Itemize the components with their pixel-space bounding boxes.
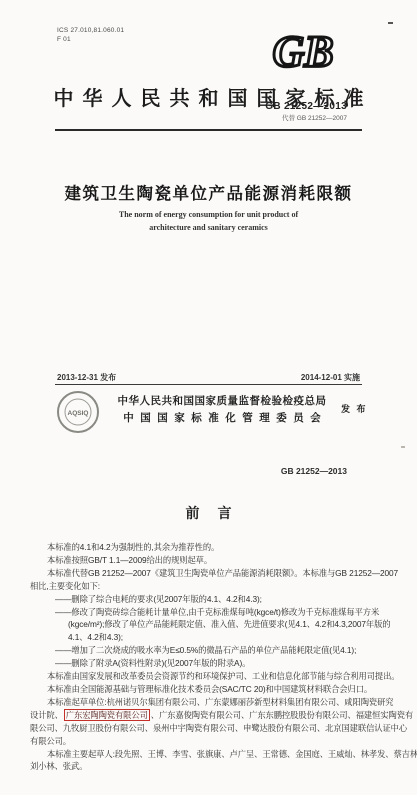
foreword-text-segment: 限公司、九牧厨卫股份有限公司、泉州中宇陶瓷有限公司、申鹭达股份有限公司、北京国建… <box>30 723 407 733</box>
foreword-line: (kgce/m²);修改了单位产品能耗限定值、准入值、先进值要求(见4.1、4.… <box>68 618 395 631</box>
foreword-line: ——删除了综合电耗的要求(见2007年版的4.1、4.2和4.3); <box>55 593 395 606</box>
foreword-line: 本标准由全国能源基础与管理标准化技术委员会(SAC/TC 20)和中国建筑材料联… <box>47 683 395 696</box>
issue-date: 2013-12-31 发布 <box>57 372 116 383</box>
implement-date: 2014-12-01 实施 <box>301 372 360 383</box>
foreword-line: 4.1、4.2和4.3); <box>68 631 395 644</box>
foreword-text-segment: 本标准按照GB/T 1.1—2009给出的规则起草。 <box>47 555 212 565</box>
foreword-line: ——增加了二次烧成的吸水率为E≤0.5%的微晶石产品的单位产品能耗限定值(见4.… <box>55 644 395 657</box>
foreword-text-segment: ——删除了附录A(资料性附录)(见2007年版的附录A)。 <box>55 658 250 668</box>
foreword-line: 本标准的4.1和4.2为强制性的,其余为推荐性的。 <box>47 541 395 554</box>
foreword-text-segment: 有限公司。 <box>30 736 71 746</box>
foreword-text-segment: 相比,主要变化如下: <box>30 581 100 591</box>
foreword-line: 设计院、广东宏陶陶瓷有限公司、广东嘉俊陶瓷有限公司、广东东鹏控股股份有限公司、福… <box>30 709 395 722</box>
issuer-line2: 中国国家标准化管理委员会 <box>106 410 338 425</box>
ics-line2: F 01 <box>57 36 124 45</box>
foreword-body: 本标准的4.1和4.2为强制性的,其余为推荐性的。本标准按照GB/T 1.1—2… <box>30 541 395 773</box>
dates-divider <box>55 384 362 385</box>
ics-line1: ICS 27.010,81.060.01 <box>57 27 124 36</box>
ics-codes: ICS 27.010,81.060.01 F 01 <box>57 27 124 44</box>
foreword-line: ——删除了附录A(资料性附录)(见2007年版的附录A)。 <box>55 657 395 670</box>
header-divider <box>55 129 362 131</box>
foreword-text-segment: 4.1、4.2和4.3); <box>68 632 123 642</box>
foreword-text-segment: ——增加了二次烧成的吸水率为E≤0.5%的微晶石产品的单位产品能耗限定值(见4.… <box>55 645 356 655</box>
foreword-text-segment: (kgce/m²);修改了单位产品能耗限定值、准入值、先进值要求(见4.1、4.… <box>68 619 390 629</box>
foreword-text-segment: ——修改了陶瓷砖综合能耗计量单位,由千克标准煤每吨(kgce/t)修改为千克标准… <box>55 607 379 617</box>
document-title-cn: 建筑卫生陶瓷单位产品能源消耗限额 <box>20 180 397 204</box>
standard-number: GB 21252—2013 <box>265 101 347 112</box>
foreword-text-segment: 设计院、 <box>30 710 63 720</box>
aqsiq-seal-icon: AQSIQ <box>56 390 100 434</box>
scan-artifact <box>388 22 393 24</box>
issuer-line1: 中华人民共和国国家质量监督检验检疫总局 <box>106 393 338 408</box>
foreword-text-segment: ——删除了综合电耗的要求(见2007年版的4.1、4.2和4.3); <box>55 594 262 604</box>
foreword-line: 相比,主要变化如下: <box>30 580 395 593</box>
scan-artifact <box>401 446 405 448</box>
foreword-line: 本标准主要起草人:段先照、王博、李雪、张旗康、卢广呈、王常德、金国庭、王威灿、林… <box>47 748 395 761</box>
seal-text: AQSIQ <box>68 410 89 417</box>
issuing-bodies: 中华人民共和国国家质量监督检验检疫总局 中国国家标准化管理委员会 <box>106 393 338 425</box>
foreword-line: 本标准代替GB 21252—2007《建筑卫生陶瓷单位产品能源消耗限额》。本标准… <box>47 567 395 580</box>
foreword-text-segment: 刘小林、张武。 <box>30 761 87 771</box>
highlighted-company-box: 广东宏陶陶瓷有限公司 <box>64 709 150 721</box>
foreword-line: 刘小林、张武。 <box>30 760 395 773</box>
page2-running-header: GB 21252—2013 <box>281 466 347 476</box>
foreword-heading: 前言 <box>0 503 417 523</box>
publish-label: 发 布 <box>341 402 368 415</box>
document-title-en-line1: The norm of energy consumption for unit … <box>30 208 387 221</box>
foreword-line: 本标准由国家发展和改革委员会资源节约和环境保护司、工业和信息化部节能与综合利用司… <box>47 670 395 683</box>
standard-document-scan: ICS 27.010,81.060.01 F 01 GB 中华人民共和国国家标准… <box>0 0 417 795</box>
foreword-text-segment: 本标准主要起草人:段先照、王博、李雪、张旗康、卢广呈、王常德、金国庭、王威灿、林… <box>47 749 417 759</box>
foreword-text-segment: 本标准由国家发展和改革委员会资源节约和环境保护司、工业和信息化部节能与综合利用司… <box>47 671 399 681</box>
foreword-line: 有限公司。 <box>30 735 395 748</box>
foreword-text-segment: 本标准代替GB 21252—2007《建筑卫生陶瓷单位产品能源消耗限额》。本标准… <box>47 568 398 578</box>
document-title-en-line2: architecture and sanitary ceramics <box>30 221 387 234</box>
foreword-text-segment: 本标准起草单位:杭州诺贝尔集团有限公司、广东蒙娜丽莎新型材料集团有限公司、咸阳陶… <box>47 697 393 707</box>
document-title-en: The norm of energy consumption for unit … <box>30 208 387 234</box>
gb-logo-text: GB <box>272 27 333 74</box>
foreword-text-segment: 、广东嘉俊陶瓷有限公司、广东东鹏控股股份有限公司、福建恒实陶瓷有 <box>151 710 413 720</box>
gb-logo-icon: GB <box>262 26 344 74</box>
foreword-line: 本标准按照GB/T 1.1—2009给出的规则起草。 <box>47 554 395 567</box>
foreword-text-segment: 本标准由全国能源基础与管理标准化技术委员会(SAC/TC 20)和中国建筑材料联… <box>47 684 372 694</box>
foreword-text-segment: 本标准的4.1和4.2为强制性的,其余为推荐性的。 <box>47 542 219 552</box>
foreword-line: 本标准起草单位:杭州诺贝尔集团有限公司、广东蒙娜丽莎新型材料集团有限公司、咸阳陶… <box>47 696 395 709</box>
replaces-note: 代替 GB 21252—2007 <box>265 113 347 122</box>
foreword-line: 限公司、九牧厨卫股份有限公司、泉州中宇陶瓷有限公司、申鹭达股份有限公司、北京国建… <box>30 722 395 735</box>
standard-number-block: GB 21252—2013 代替 GB 21252—2007 <box>265 101 347 122</box>
foreword-line: ——修改了陶瓷砖综合能耗计量单位,由千克标准煤每吨(kgce/t)修改为千克标准… <box>55 606 395 619</box>
